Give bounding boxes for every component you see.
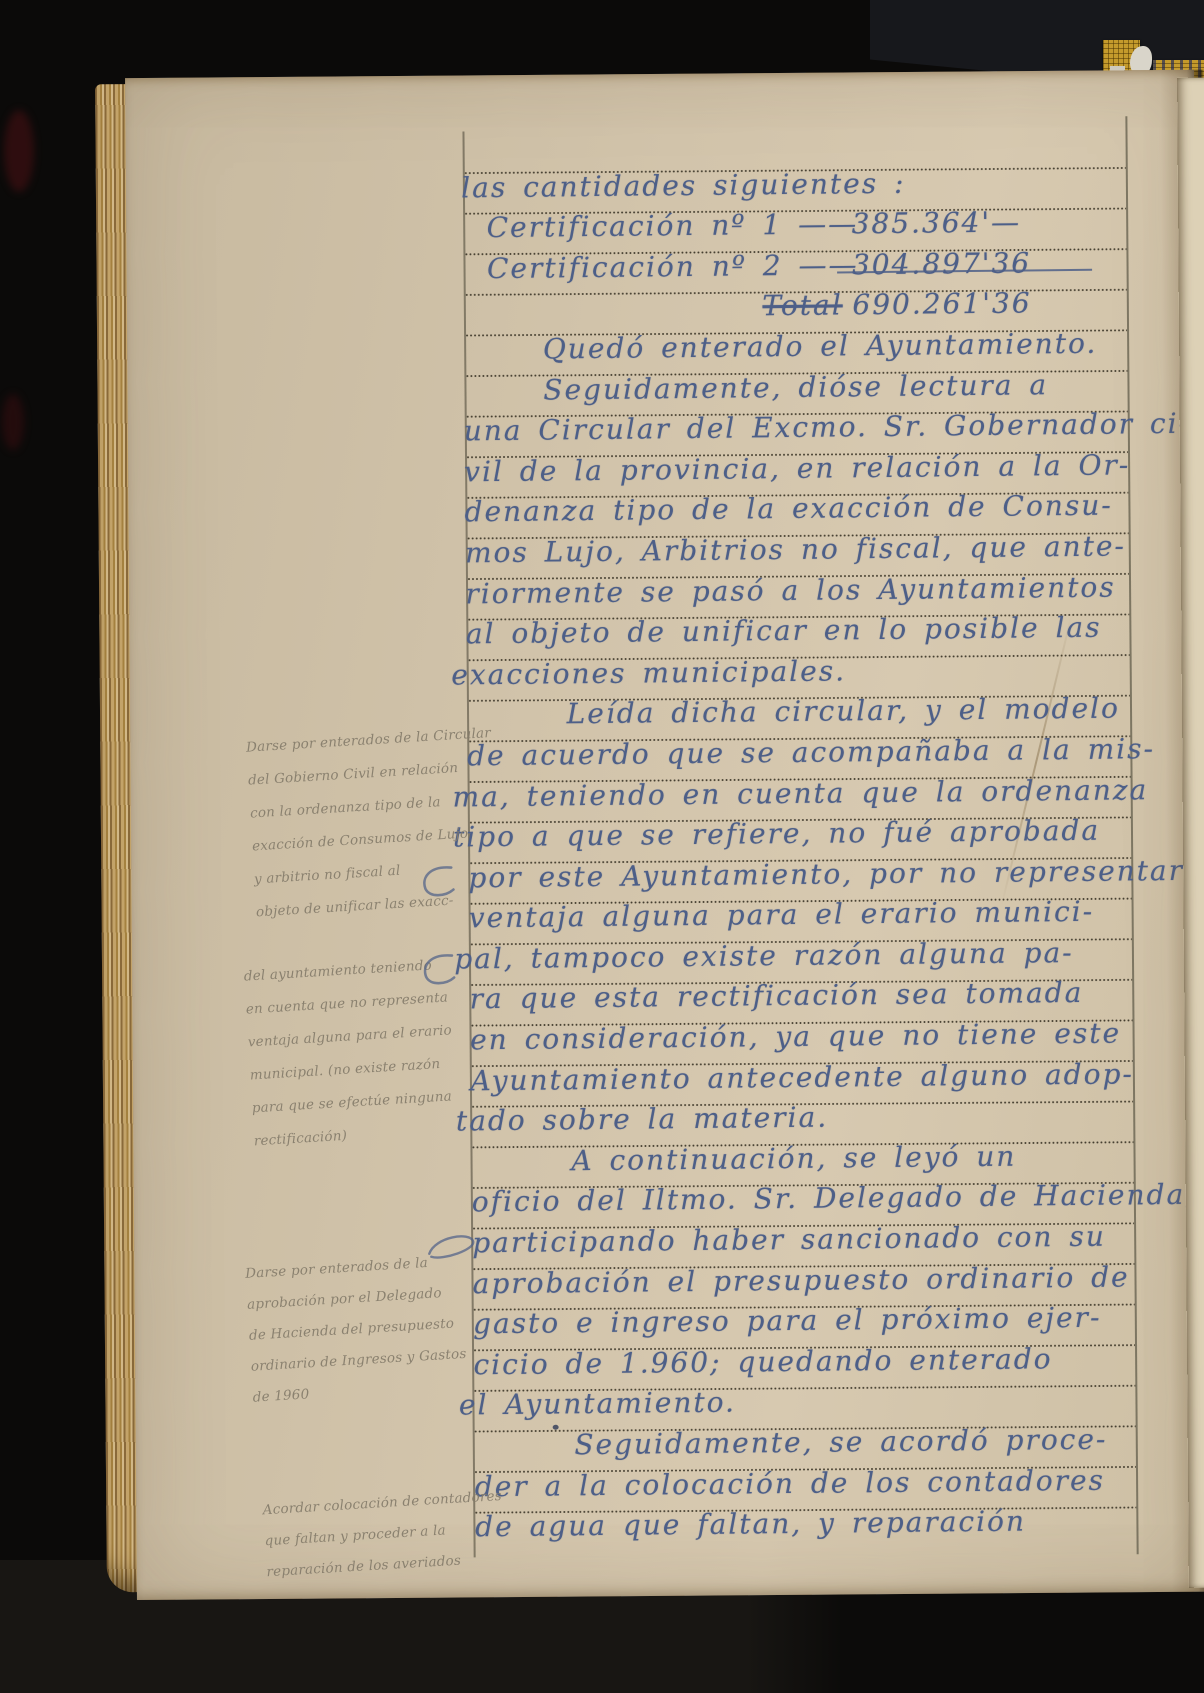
book-photo: las cantidades siguientes : Certificació… [0, 0, 1204, 1693]
paper: las cantidades siguientes : Certificació… [125, 70, 1204, 1600]
stain [4, 110, 34, 192]
margin-note: Darse por enterados de laaprobación por … [244, 1246, 469, 1414]
ledger-page: las cantidades siguientes : Certificació… [95, 70, 1204, 1601]
margin-note: Acordar colocación de contadoresque falt… [262, 1481, 507, 1588]
margin-note: Darse por enterados de la Circulardel Go… [245, 717, 502, 929]
manuscript-line: de agua que faltan, y reparación [460, 1488, 1180, 1536]
ink-flourish-icon [426, 1231, 476, 1263]
stain [2, 394, 24, 450]
ink-blot [553, 1425, 559, 1430]
manuscript-body: las cantidades siguientes : Certificació… [446, 148, 1180, 1536]
ink-flourish-icon [420, 952, 458, 990]
ink-flourish-icon [419, 864, 457, 902]
